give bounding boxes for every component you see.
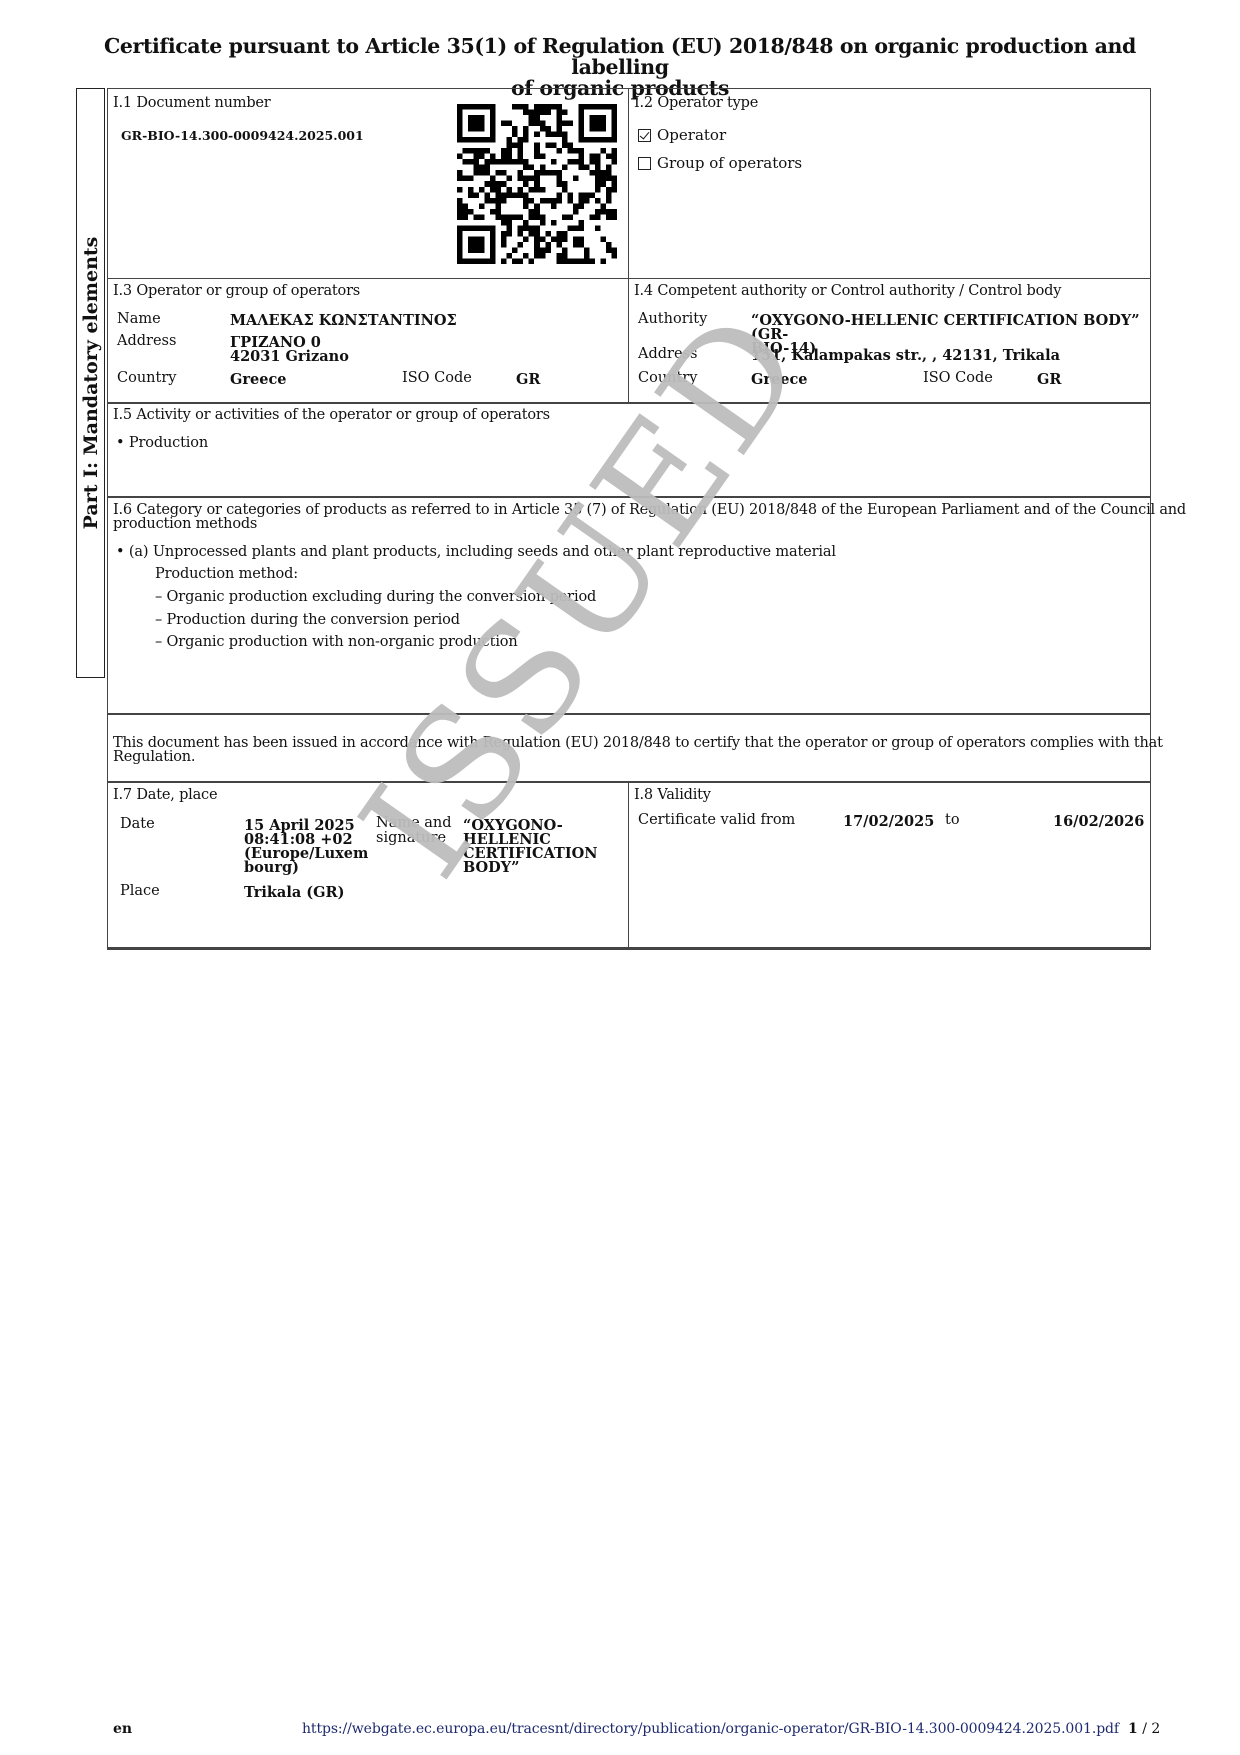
- section-i3-operator: I.3 Operator or group of operators Name …: [107, 278, 629, 404]
- place-label: Place: [120, 883, 160, 899]
- product-category: • (a) Unprocessed plants and plant produ…: [116, 544, 836, 560]
- section-header: I.4 Competent authority or Control autho…: [634, 283, 1061, 299]
- operator-name: ΜΑΛΕΚΑΣ ΚΩΝΣΤΑΝΤΙΝΟΣ: [230, 314, 457, 328]
- section-header: I.5 Activity or activities of the operat…: [113, 407, 550, 423]
- authority-country: Greece: [751, 373, 808, 387]
- valid-from-date: 17/02/2025: [843, 815, 934, 829]
- address-label: Address: [117, 333, 176, 349]
- authority-label: Authority: [638, 311, 707, 327]
- page-current: 1: [1128, 1721, 1138, 1737]
- statement-line-1: This document has been issued in accorda…: [113, 736, 1163, 750]
- authority-line-1: “OXYGONO-HELLENIC CERTIFICATION BODY” (G…: [751, 314, 1150, 342]
- production-method-label: Production method:: [155, 566, 298, 582]
- authority-iso-code: GR: [1037, 373, 1061, 387]
- checkbox-unchecked-icon[interactable]: [638, 157, 651, 170]
- compliance-statement: This document has been issued in accorda…: [113, 736, 1163, 764]
- page-separator: /: [1138, 1721, 1152, 1737]
- operator-address: ΓΡΙΖΑΝΟ 0 42031 Grizano: [230, 336, 349, 364]
- issue-place: Trikala (GR): [244, 886, 344, 900]
- label-line: Name and: [376, 816, 452, 831]
- part-label: Part I: Mandatory elements: [80, 237, 102, 530]
- authority-address: 151, Kalampakas str., , 42131, Trikala: [751, 349, 1060, 363]
- header-line-1: I.6 Category or categories of products a…: [113, 503, 1186, 517]
- section-header: I.3 Operator or group of operators: [113, 283, 360, 299]
- valid-from-label: Certificate valid from: [638, 812, 795, 828]
- section-header: I.7 Date, place: [113, 787, 217, 803]
- iso-code-label: ISO Code: [402, 370, 472, 386]
- signature-line: BODY”: [463, 861, 598, 875]
- section-i5-activities: I.5 Activity or activities of the operat…: [107, 403, 1151, 498]
- footer-language: en: [113, 1721, 132, 1737]
- section-header: I.6 Category or categories of products a…: [113, 503, 1186, 531]
- signature-value: “OXYGONO- HELLENIC CERTIFICATION BODY”: [463, 819, 598, 875]
- checkbox-checked-icon[interactable]: [638, 129, 651, 142]
- production-method-item: – Production during the conversion perio…: [155, 612, 460, 628]
- section-i6-categories: I.6 Category or categories of products a…: [107, 497, 1151, 715]
- footer-page-number: 1 / 2: [1128, 1721, 1160, 1737]
- label-line: signature: [376, 831, 452, 846]
- production-method-item: – Organic production with non-organic pr…: [155, 634, 518, 650]
- header-line-2: production methods: [113, 517, 1186, 531]
- section-statement: This document has been issued in accorda…: [107, 714, 1151, 783]
- section-header: I.8 Validity: [634, 787, 711, 803]
- section-i4-control-body: I.4 Competent authority or Control autho…: [628, 278, 1151, 404]
- section-i7-date-place: I.7 Date, place Date 15 April 2025 08:41…: [107, 782, 629, 950]
- name-label: Name: [117, 311, 161, 327]
- section-header: I.2 Operator type: [634, 95, 758, 111]
- operator-country: Greece: [230, 373, 287, 387]
- section-i2-operator-type: I.2 Operator type Operator Group of oper…: [628, 88, 1151, 279]
- address-label: Address: [638, 346, 697, 362]
- option-label: Operator: [657, 126, 726, 144]
- footer-url-link[interactable]: https://webgate.ec.europa.eu/tracesnt/di…: [302, 1721, 1119, 1737]
- valid-to-date: 16/02/2026: [1053, 815, 1144, 829]
- section-i8-validity: I.8 Validity Certificate valid from 17/0…: [628, 782, 1151, 950]
- country-label: Country: [117, 370, 176, 386]
- operator-type-option-operator[interactable]: Operator: [638, 126, 726, 144]
- issue-date: 15 April 2025 08:41:08 +02 (Europe/Luxem…: [244, 819, 368, 875]
- operator-type-option-group[interactable]: Group of operators: [638, 154, 802, 172]
- part-label-box: Part I: Mandatory elements: [76, 88, 105, 678]
- country-label: Country: [638, 370, 697, 386]
- date-label: Date: [120, 816, 155, 832]
- address-line-2: 42031 Grizano: [230, 350, 349, 364]
- production-method-item: – Organic production excluding during th…: [155, 589, 596, 605]
- document-number: GR-BIO-14.300-0009424.2025.001: [121, 128, 364, 143]
- activity-item: • Production: [116, 435, 208, 451]
- name-signature-label: Name and signature: [376, 816, 452, 846]
- option-label: Group of operators: [657, 154, 802, 172]
- operator-iso-code: GR: [516, 373, 540, 387]
- iso-code-label: ISO Code: [923, 370, 993, 386]
- statement-line-2: Regulation.: [113, 750, 1163, 764]
- section-header: I.1 Document number: [113, 95, 271, 111]
- title-line-1: Certificate pursuant to Article 35(1) of…: [60, 36, 1180, 78]
- date-line: bourg): [244, 861, 368, 875]
- qr-code-icon[interactable]: [457, 104, 617, 264]
- page-total: 2: [1151, 1721, 1160, 1737]
- to-label: to: [945, 812, 960, 828]
